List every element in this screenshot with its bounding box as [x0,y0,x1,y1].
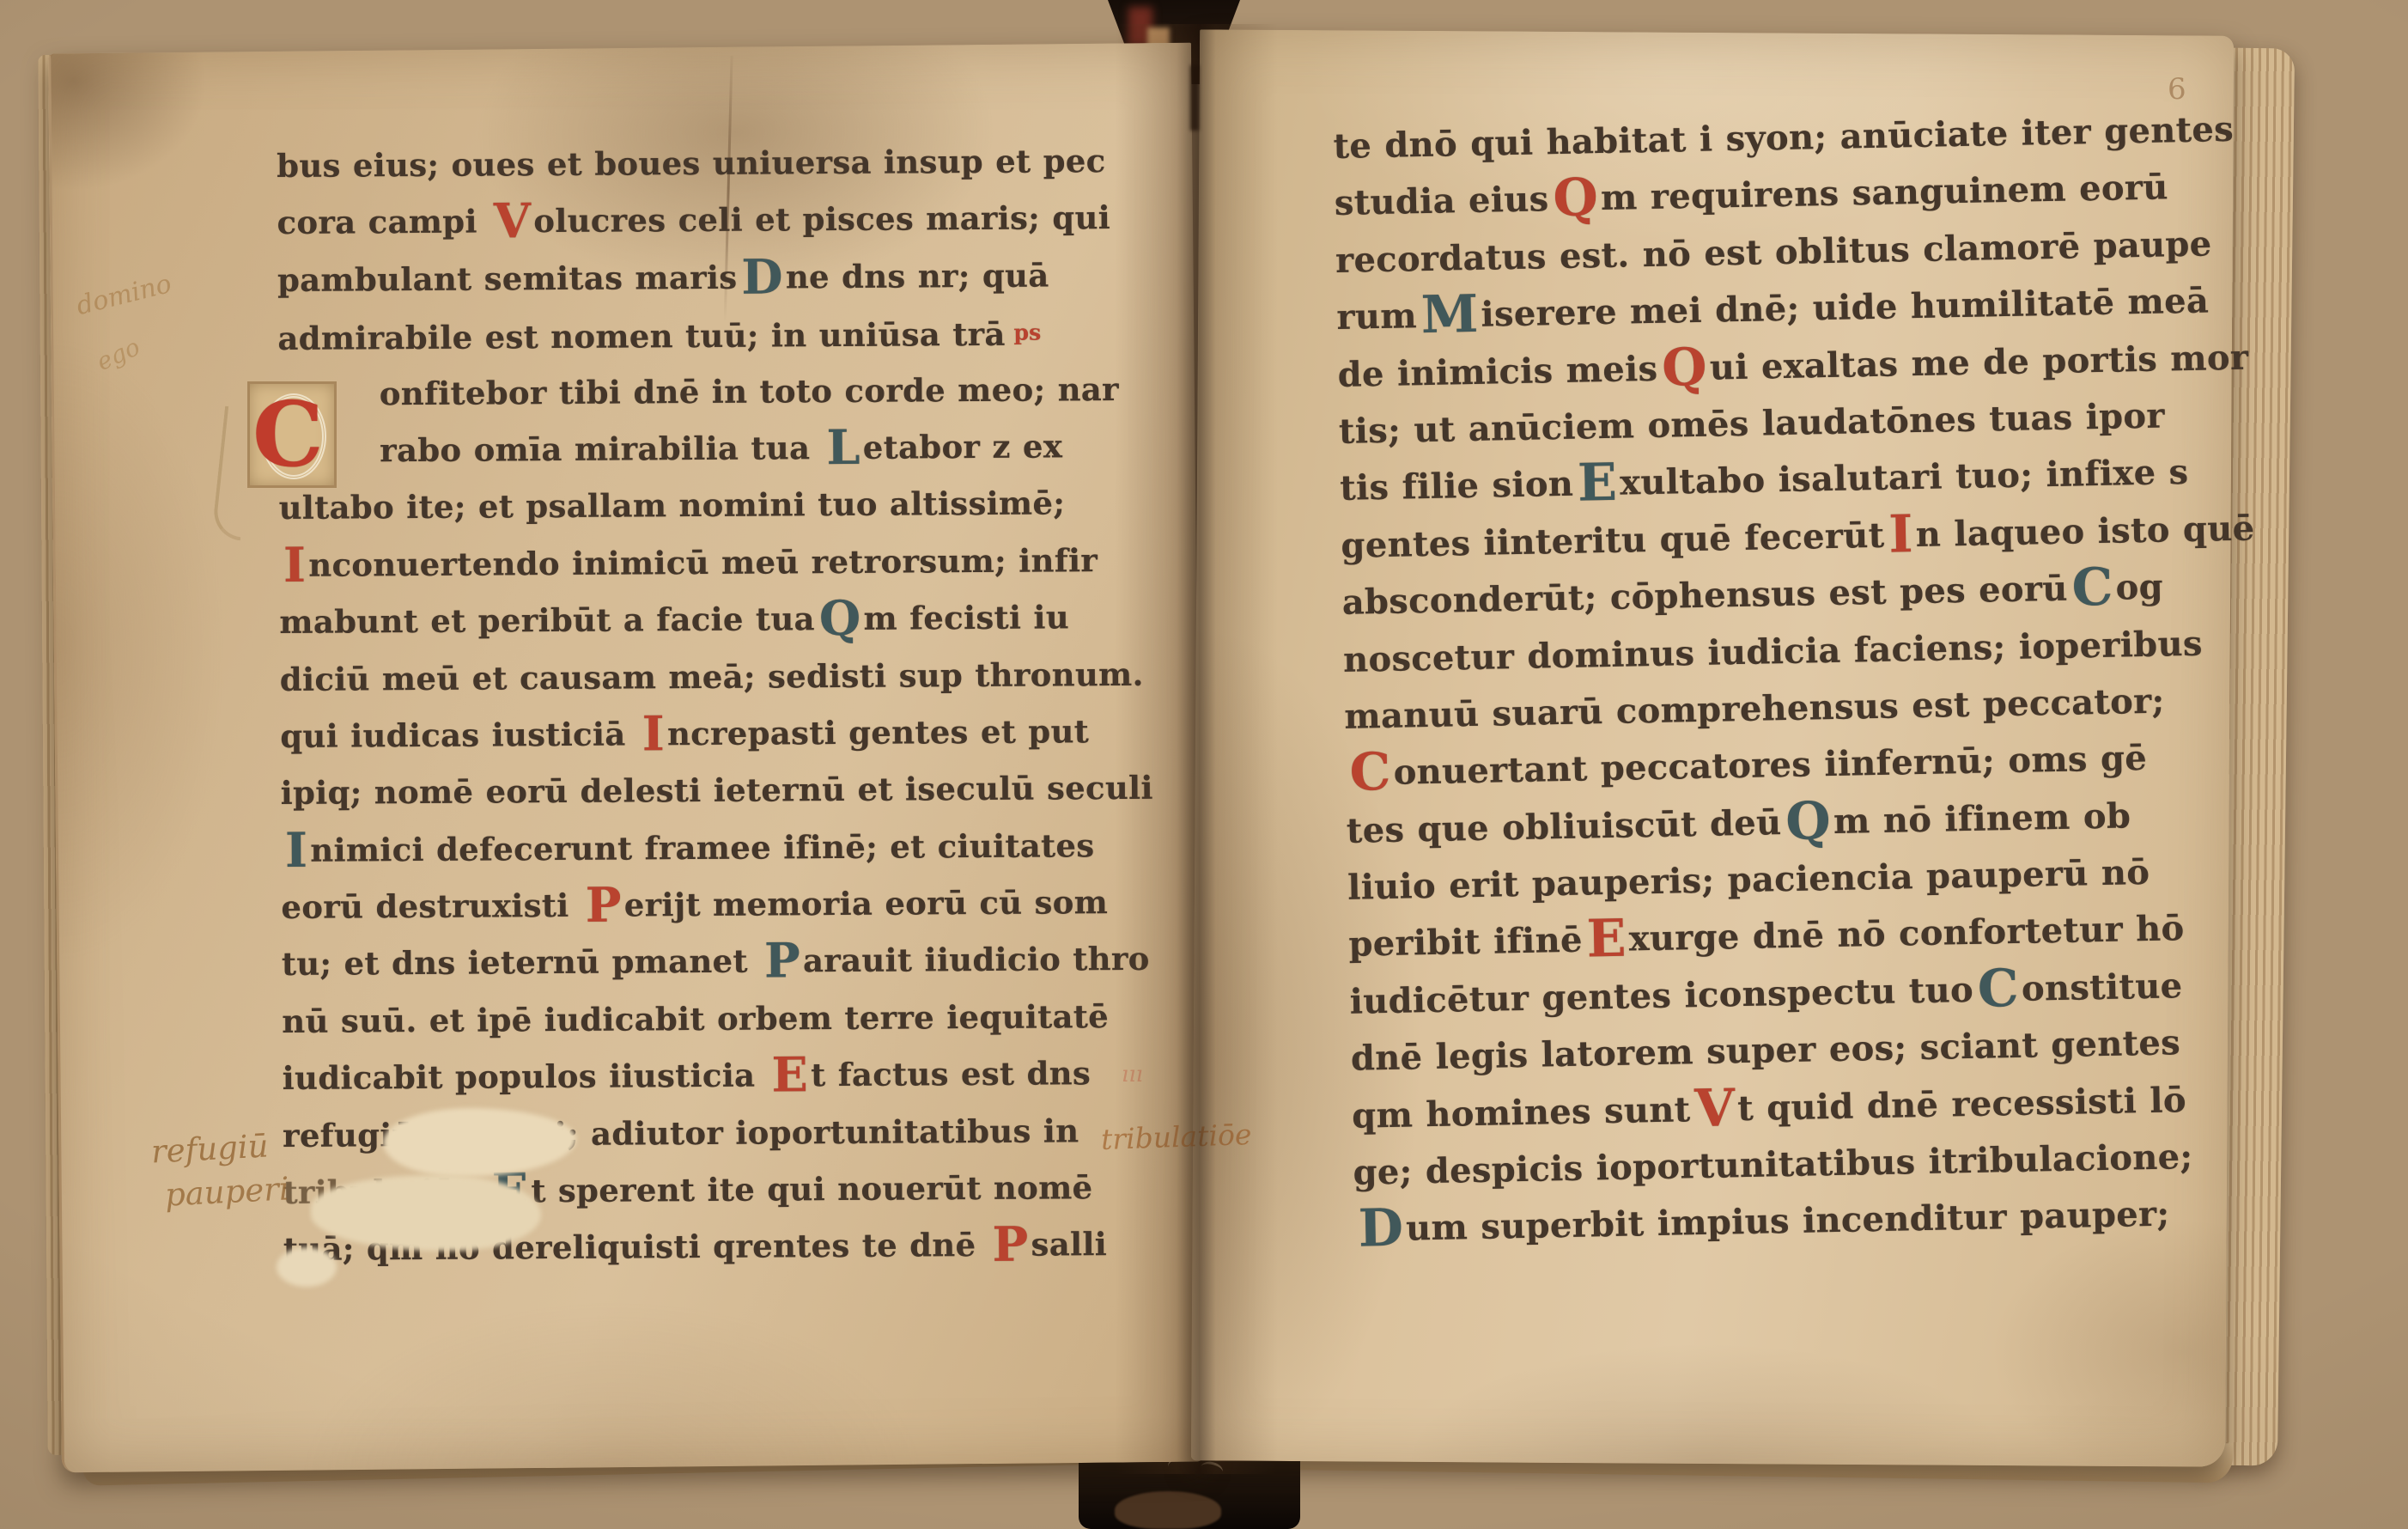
folio-number: 6 [2168,72,2186,107]
manuscript-line: Inconuertendo inimicū meū retrorsum; inf… [279,532,1152,594]
versal-initial: E [1573,453,1621,514]
manuscript-line: pambulant semitas marisDne dns nr; quā [277,247,1151,309]
text-segment: mabunt et peribūt a facie tua [279,600,815,641]
text-segment: te dnō qui habitat i syon; anūciate iter… [1333,109,2234,167]
text-segment: arauit iiudicio thro [803,940,1150,979]
margin-note: tribulatiōe [1100,1118,1252,1156]
versal-initial: I [281,822,311,878]
text-segment: bus eius; oues et boues uniuersa insup e… [277,142,1106,185]
versal-initial: D [737,249,786,305]
text-segment: studia eius [1334,180,1548,224]
text-segment: tis; ut anūciem omēs laudatōnes tuas ipo… [1339,395,2166,451]
manuscript-line: bus eius; oues et boues uniuersa insup e… [277,132,1150,195]
text-segment: peribit ifinē [1348,920,1583,965]
text-segment: liuio erit pauperis; paciencia pauperū n… [1347,852,2150,908]
text-segment: onstitue [2022,966,2183,1009]
text-segment: recordatus est. nō est oblitus clamorē p… [1335,223,2212,281]
text-segment: nconuertendo inimicū meū retrorsum; infi… [308,541,1098,584]
text-segment: m fecisti iu [863,598,1069,637]
text-segment: ge; despicis ioportunitatibus itribulaci… [1353,1136,2193,1193]
manuscript-line: onfitebor tibi dnē in toto corde meo; na… [278,360,1152,423]
versal-initial: C [2067,557,2116,618]
right-text-block: te dnō qui habitat i syon; anūciate iter… [1333,101,2268,1259]
text-segment: salli [1031,1226,1107,1264]
text-segment: admirabile est nomen tuū; in uniūsa trā [277,315,1006,357]
manuscript-line: ultabo ite; et psallam nomini tuo altiss… [278,474,1152,537]
text-segment: nū suū. et ipē iudicabit orbem terre ieq… [282,997,1109,1040]
manuscript-line: rabo omīa mirabilia tua Letabor z ex [278,417,1152,480]
text-segment: etabor z ex [863,427,1063,466]
text-segment: ui exaltas me de portis mor [1709,337,2248,387]
text-segment: t quid dnē recessisti lō [1737,1080,2187,1129]
text-segment: ne dns nr; quā [786,256,1049,295]
margin-note: pauperi [164,1170,290,1214]
text-segment: onfitebor tibi dnē in toto corde meo; na… [380,370,1119,412]
text-segment: rum [1336,295,1417,338]
versal-initial: Q [815,591,864,647]
text-segment: um superbit impius incenditur pauper; [1406,1194,2170,1249]
repair-patch [277,1247,337,1287]
manuscript-line: Inimici defecerunt framee ifinē; et ciui… [281,816,1154,879]
margin-note: ııı [1122,1062,1143,1087]
text-segment: cora campi [277,203,490,242]
text-segment: tu; et dns ieternū pmanet [282,942,760,983]
text-segment: pambulant semitas maris [277,259,738,299]
versal-initial: Q [1548,168,1602,228]
manuscript-line: tu; et dns ieternū pmanet Parauit iiudic… [282,930,1155,993]
text-segment: t sperent ite qui nouerūt nomē [531,1168,1092,1209]
versal-initial: P [988,1217,1031,1273]
versal-initial: P [581,878,624,934]
manuscript-line: diciū meū et causam meā; sedisti sup thr… [280,645,1153,708]
text-segment: diciū meū et causam meā; sedisti sup thr… [280,655,1144,697]
text-segment: qm homines sunt [1352,1089,1691,1136]
text-segment: olucres celi et pisces maris; qui [533,198,1110,240]
text-segment: nimici defecerunt framee ifinē; et ciuit… [310,826,1094,869]
text-segment: tis filie sion [1340,464,1574,509]
versal-initial: P [760,934,803,990]
margin-note: refugiū [150,1127,270,1170]
manuscript-line: iudicabit populos iiusticia Et factus es… [282,1045,1155,1107]
versal-initial: V [1690,1078,1738,1139]
text-segment: de inimicis meis [1337,348,1657,394]
versal-initial: Q [1657,337,1711,398]
text-segment: erijt memoria eorū cū som [624,883,1109,923]
versal-initial: M [1416,284,1481,345]
text-segment: iserere mei dnē; uide humilitatē meā [1481,281,2209,335]
text-segment: eorū destruxisti [281,886,581,926]
versal-initial: L [822,420,863,476]
text-segment: xurge dnē nō confortetur hō [1628,909,2185,959]
manuscript-line: qui iudicas iusticiā Increpasti gentes e… [280,703,1153,765]
manuscript-line: admirabile est nomen tuū; in uniūsa trā … [277,303,1151,366]
text-segment: qui iudicas iusticiā [280,715,638,755]
manuscript-photo: C bus eius; oues et boues uniuersa insup… [0,0,2408,1529]
manuscript-line: eorū destruxisti Perijt memoria eorū cū … [281,874,1154,936]
versal-initial: I [638,706,668,762]
versal-initial: I [1884,504,1917,565]
text-segment: m requirens sanguinem eorū [1601,168,2168,219]
text-segment: t factus est dns [811,1054,1091,1093]
text-segment: n laqueo isto quē [1915,508,2254,555]
manuscript-line: cora campi Volucres celi et pisces maris… [277,189,1150,252]
text-segment: tes que obliuiscūt deū [1346,802,1781,851]
manuscript-line: nū suū. et ipē iudicabit orbem terre ieq… [282,988,1155,1051]
versal-initial: C [1345,742,1394,803]
text-segment: dnē legis latorem super eos; sciant gent… [1351,1023,2181,1080]
text-segment: ultabo ite; et psallam nomini tuo altiss… [279,484,1066,527]
text-segment: og [2115,567,2163,608]
text-segment: xultabo isalutari tuo; infixe s [1620,452,2189,503]
text-segment: noscetur dominus iudicia faciens; ioperi… [1343,623,2203,679]
versal-initial: Q [1781,791,1834,852]
gutter-crease [1190,65,1199,131]
text-segment: ncrepasti gentes et put [667,712,1089,752]
versal-initial: D [1353,1198,1407,1259]
versal-initial: C [1973,959,2022,1020]
text-segment: gentes iinteritu quē fecerūt [1341,515,1885,565]
versal-initial: E [767,1047,811,1103]
versal-initial: I [279,538,309,594]
text-segment: ipiq; nomē eorū delesti ieternū et isecu… [281,769,1153,812]
text-segment: m nō ifinem ob [1833,795,2131,842]
spine-leather [1115,1491,1221,1529]
text-segment: rabo omīa mirabilia tua [380,429,823,469]
text-segment: manuū suarū comprehensus est peccator; [1344,680,2165,736]
manuscript-line: ipiq; nomē eorū delesti ieternū et isecu… [280,759,1153,822]
versal-initial: E [1582,909,1629,970]
left-text-block: bus eius; oues et boues uniuersa insup e… [277,132,1156,1278]
manuscript-line: mabunt et peribūt a facie tuaQm fecisti … [279,588,1152,651]
text-segment: iudicabit populos iiusticia [283,1057,768,1097]
text-segment: iudicētur gentes iconspectu tuo [1349,970,1973,1022]
versal-initial: V [490,194,534,250]
text-segment: onuertant peccatores iinfernū; oms gē [1393,738,2147,793]
text-segment: ps [1006,320,1042,345]
text-segment: absconderūt; cōphensus est pes eorū [1341,569,2068,623]
